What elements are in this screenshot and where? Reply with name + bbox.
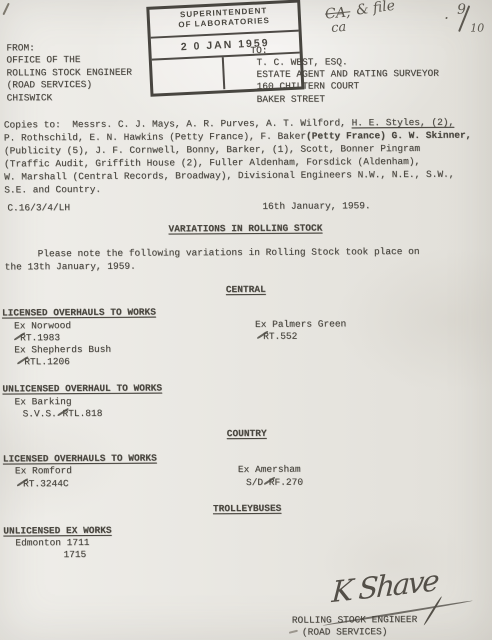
signature-flourish-tail (423, 596, 443, 626)
section-heading-trolleybuses: TROLLEYBUSES (1, 501, 492, 516)
entry-place: Ex Amersham (238, 464, 301, 476)
copies-line-2-bold: (Petty France) G. W. Skinner, (306, 130, 471, 142)
scanned-memo-page: SUPERINTENDENT OF LABORATORIES 2 0 JAN 1… (0, 0, 492, 640)
to-line-3: 160 CHILTERN COURT (257, 80, 360, 93)
document-title: VARIATIONS IN ROLLING STOCK (0, 221, 491, 236)
reference-number: C.16/3/4/LH (7, 202, 70, 214)
section-heading-central: CENTRAL (0, 282, 492, 297)
entry-place: Ex Romford (15, 465, 72, 477)
pen-mark (289, 630, 298, 634)
copies-line-5: W. Marshall (Central Records, Broadway),… (4, 169, 454, 184)
to-line-2: ESTATE AGENT AND RATING SURVEYOR (256, 68, 439, 81)
copies-line-1-text: Copies to: Messrs. C. J. Mays, A. R. Pur… (4, 117, 352, 130)
from-line-2: ROLLING STOCK ENGINEER (6, 67, 131, 80)
entry-place: Ex Shepherds Bush (14, 344, 111, 357)
from-line-3: (ROAD SERVICES) (7, 79, 93, 92)
from-line-4: CHISWICK (7, 92, 53, 104)
copies-line-4: (Traffic Audit, Griffith House (2), Full… (4, 156, 420, 171)
entry-fleet: RT.1983 (20, 332, 60, 344)
to-label: TO: (250, 45, 267, 57)
copies-line-6: S.E. and Country. (4, 184, 101, 197)
to-line-4: BAKER STREET (257, 94, 325, 106)
fraction-denominator: 10 (470, 22, 484, 35)
subsection-heading-licensed-country: LICENSED OVERHAULS TO WORKS (3, 453, 157, 466)
subsection-heading-unlicensed-ex-works: UNLICENSED EX WORKS (3, 525, 111, 538)
entry-place: 1715 (63, 549, 86, 561)
copies-line-1-underlined: H. E. Styles, (2), (352, 117, 455, 129)
copies-line-2-text: P. Rothschild, E. N. Hawkins (Petty Fran… (4, 131, 306, 144)
section-heading-country: COUNTRY (1, 426, 492, 441)
intro-line-2: the 13th January, 1959. (5, 261, 136, 274)
entry-place: Ex Norwood (14, 320, 71, 332)
to-line-1: T. C. WEST, ESQ. (256, 56, 347, 69)
signoff-role-line-1: ROLLING STOCK ENGINEER (292, 614, 417, 627)
entry-fleet: RT.3244C (23, 478, 69, 490)
from-label: FROM: (6, 42, 35, 54)
copies-line-3: (Publicity (5), J. F. Cornwell, Bonny, B… (4, 143, 420, 158)
entry-fleet: RT.552 (263, 331, 297, 343)
signature: K Shave (331, 563, 439, 609)
handwritten-dot: . (444, 5, 449, 23)
subsection-heading-licensed-central: LICENSED OVERHAULS TO WORKS (2, 307, 156, 320)
memo-content: SUPERINTENDENT OF LABORATORIES 2 0 JAN 1… (0, 0, 492, 640)
subsection-heading-unlicensed-central: UNLICENSED OVERHAUL TO WORKS (2, 383, 162, 396)
stamp-empty-cell-left (152, 57, 225, 92)
entry-place: Edmonton 1711 (15, 537, 89, 549)
entry-fleet: RTL.1206 (24, 356, 70, 368)
pen-mark (2, 3, 9, 16)
letter-date: 16th January, 1959. (262, 200, 370, 213)
handwritten-note-ca-lower: ca (331, 20, 347, 36)
from-line-1: OFFICE OF THE (6, 54, 80, 66)
handwritten-note-file: & file (355, 0, 396, 19)
intro-line-1: Please note the following variations in … (38, 246, 420, 260)
entry-place: Ex Palmers Green (255, 318, 346, 331)
entry-place: Ex Barking (14, 396, 71, 408)
signoff-role-line-2: (ROAD SERVICES) (302, 626, 388, 639)
